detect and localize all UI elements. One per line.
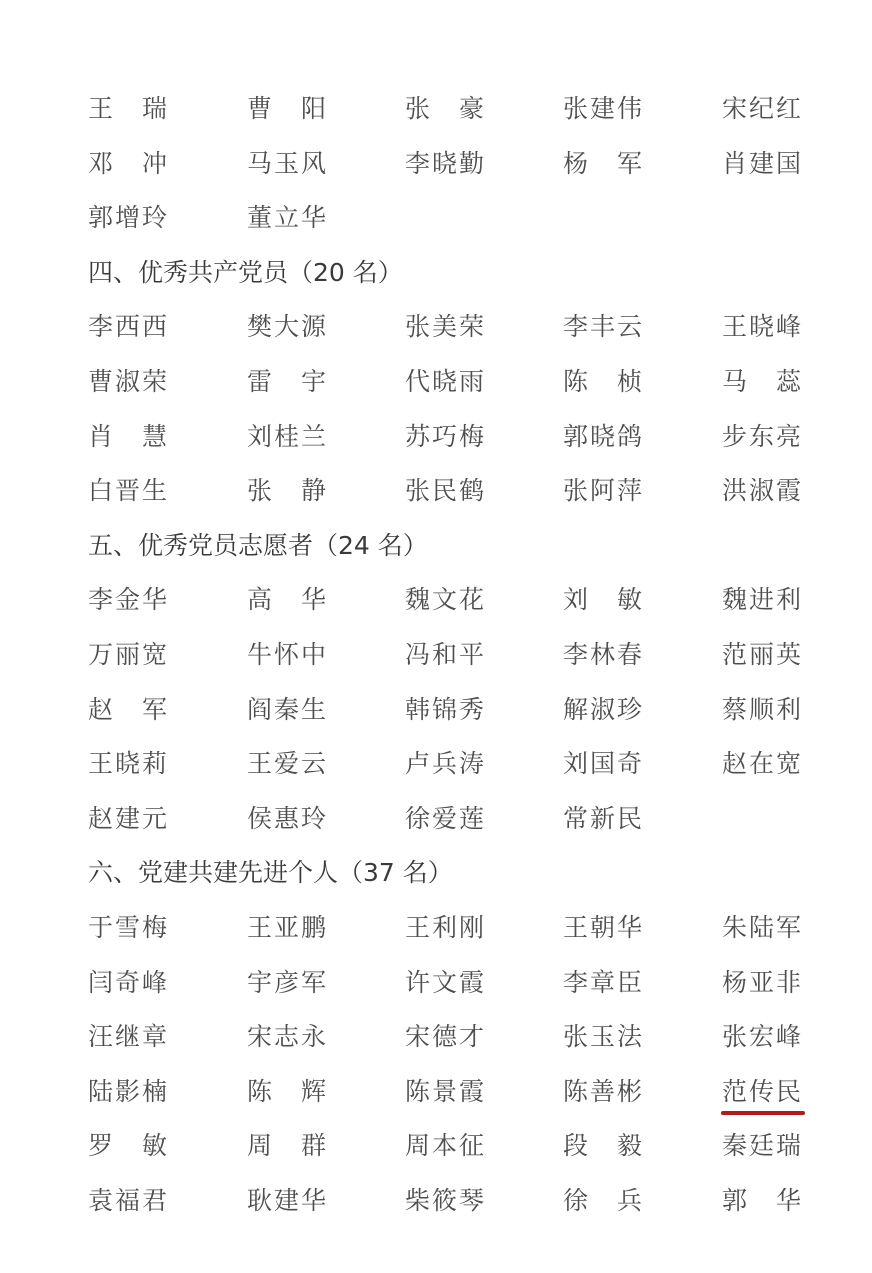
person-name: 邓 冲: [88, 144, 169, 184]
person-name: 张美荣: [405, 307, 486, 347]
person-name: 陈景霞: [405, 1072, 486, 1112]
name-row: 白晋生张 静张民鹤张阿萍洪淑霞: [0, 471, 872, 511]
person-name: 徐 兵: [563, 1181, 644, 1221]
person-name: 罗 敏: [88, 1126, 169, 1166]
person-name: 于雪梅: [88, 908, 169, 948]
person-name: 张 静: [247, 471, 328, 511]
person-name: 宋德才: [405, 1017, 486, 1057]
person-name: 范丽英: [722, 635, 803, 675]
person-name: 宇彦军: [247, 963, 328, 1003]
person-name: 许文霞: [405, 963, 486, 1003]
name-row: 李金华高 华魏文花刘 敏魏进利: [0, 580, 872, 620]
name-row: 王 瑞曹 阳张 豪张建伟宋纪红: [0, 89, 872, 129]
person-name: 张建伟: [563, 89, 644, 129]
person-name: 卢兵涛: [405, 744, 486, 784]
person-name: 李林春: [563, 635, 644, 675]
person-name: 刘桂兰: [247, 417, 328, 457]
person-name: 刘国奇: [563, 744, 644, 784]
person-name: 秦廷瑞: [722, 1126, 803, 1166]
person-name: 汪继章: [88, 1017, 169, 1057]
person-name: 韩锦秀: [405, 690, 486, 730]
person-name: 魏进利: [722, 580, 803, 620]
name-row: 邓 冲马玉风李晓勤杨 军肖建国: [0, 144, 872, 184]
person-name: 高 华: [247, 580, 328, 620]
person-name: 陈 辉: [247, 1072, 328, 1112]
person-name: 侯惠玲: [247, 799, 328, 839]
person-name: 郭增玲: [88, 198, 169, 238]
person-name: 肖建国: [722, 144, 803, 184]
name-row: 郭增玲董立华: [0, 198, 872, 238]
person-name: 马玉风: [247, 144, 328, 184]
name-row: 汪继章宋志永宋德才张玉法张宏峰: [0, 1017, 872, 1057]
person-name: 朱陆军: [722, 908, 803, 948]
name-row: 李西西樊大源张美荣李丰云王晓峰: [0, 307, 872, 347]
person-name: 洪淑霞: [722, 471, 803, 511]
person-name: 李西西: [88, 307, 169, 347]
person-name: 苏巧梅: [405, 417, 486, 457]
person-name: 杨亚非: [722, 963, 803, 1003]
person-name: 牛怀中: [247, 635, 328, 675]
person-name: 曹淑荣: [88, 362, 169, 402]
person-name: 曹 阳: [247, 89, 328, 129]
name-row: 陆影楠陈 辉陈景霞陈善彬范传民: [0, 1072, 872, 1112]
name-row: 袁福君耿建华柴筱琴徐 兵郭 华: [0, 1181, 872, 1221]
person-name: 常新民: [563, 799, 644, 839]
person-name: 冯和平: [405, 635, 486, 675]
name-row: 万丽宽牛怀中冯和平李林春范丽英: [0, 635, 872, 675]
person-name: 李章臣: [563, 963, 644, 1003]
person-name: 刘 敏: [563, 580, 644, 620]
person-name: 陆影楠: [88, 1072, 169, 1112]
name-row: 曹淑荣雷 宇代晓雨陈 桢马 蕊: [0, 362, 872, 402]
name-row: 于雪梅王亚鹏王利刚王朝华朱陆军: [0, 908, 872, 948]
person-name: 张 豪: [405, 89, 486, 129]
person-name: 王晓莉: [88, 744, 169, 784]
person-name: 郭晓鸽: [563, 417, 644, 457]
person-name: 柴筱琴: [405, 1181, 486, 1221]
person-name: 肖 慧: [88, 417, 169, 457]
name-row: 王晓莉王爱云卢兵涛刘国奇赵在宽: [0, 744, 872, 784]
person-name: 张宏峰: [722, 1017, 803, 1057]
person-name: 魏文花: [405, 580, 486, 620]
person-name: 陈善彬: [563, 1072, 644, 1112]
person-name: 杨 军: [563, 144, 644, 184]
person-name: 宋纪红: [722, 89, 803, 129]
person-name: 范传民: [722, 1072, 803, 1112]
person-name: 樊大源: [247, 307, 328, 347]
section-heading: 五、优秀党员志愿者（24 名）: [88, 526, 428, 566]
person-name: 王晓峰: [722, 307, 803, 347]
document-page: 王 瑞曹 阳张 豪张建伟宋纪红邓 冲马玉风李晓勤杨 军肖建国郭增玲董立华四、优秀…: [0, 0, 872, 1273]
person-name: 宋志永: [247, 1017, 328, 1057]
name-row: 赵建元侯惠玲徐爱莲常新民: [0, 799, 872, 839]
person-name: 王利刚: [405, 908, 486, 948]
person-name: 雷 宇: [247, 362, 328, 402]
person-name: 周本征: [405, 1126, 486, 1166]
person-name: 王 瑞: [88, 89, 169, 129]
person-name: 李晓勤: [405, 144, 486, 184]
name-row: 赵 军阎秦生韩锦秀解淑珍蔡顺利: [0, 690, 872, 730]
section-heading: 四、优秀共产党员（20 名）: [88, 253, 403, 293]
person-name: 步东亮: [722, 417, 803, 457]
person-name: 代晓雨: [405, 362, 486, 402]
person-name: 蔡顺利: [722, 690, 803, 730]
name-row: 闫奇峰宇彦军许文霞李章臣杨亚非: [0, 963, 872, 1003]
person-name: 李丰云: [563, 307, 644, 347]
person-name: 赵在宽: [722, 744, 803, 784]
person-name: 袁福君: [88, 1181, 169, 1221]
name-row: 肖 慧刘桂兰苏巧梅郭晓鸽步东亮: [0, 417, 872, 457]
person-name: 解淑珍: [563, 690, 644, 730]
person-name: 王爱云: [247, 744, 328, 784]
person-name: 马 蕊: [722, 362, 803, 402]
section-heading: 六、党建共建先进个人（37 名）: [88, 853, 453, 893]
person-name: 王亚鹏: [247, 908, 328, 948]
person-name: 赵建元: [88, 799, 169, 839]
person-name: 白晋生: [88, 471, 169, 511]
person-name: 赵 军: [88, 690, 169, 730]
person-name: 张玉法: [563, 1017, 644, 1057]
person-name: 王朝华: [563, 908, 644, 948]
person-name: 耿建华: [247, 1181, 328, 1221]
person-name: 张民鹤: [405, 471, 486, 511]
person-name: 周 群: [247, 1126, 328, 1166]
person-name: 阎秦生: [247, 690, 328, 730]
person-name: 张阿萍: [563, 471, 644, 511]
person-name: 闫奇峰: [88, 963, 169, 1003]
person-name: 万丽宽: [88, 635, 169, 675]
person-name: 段 毅: [563, 1126, 644, 1166]
person-name: 郭 华: [722, 1181, 803, 1221]
name-row: 罗 敏周 群周本征段 毅秦廷瑞: [0, 1126, 872, 1166]
person-name: 董立华: [247, 198, 328, 238]
person-name: 徐爱莲: [405, 799, 486, 839]
person-name: 李金华: [88, 580, 169, 620]
person-name: 陈 桢: [563, 362, 644, 402]
